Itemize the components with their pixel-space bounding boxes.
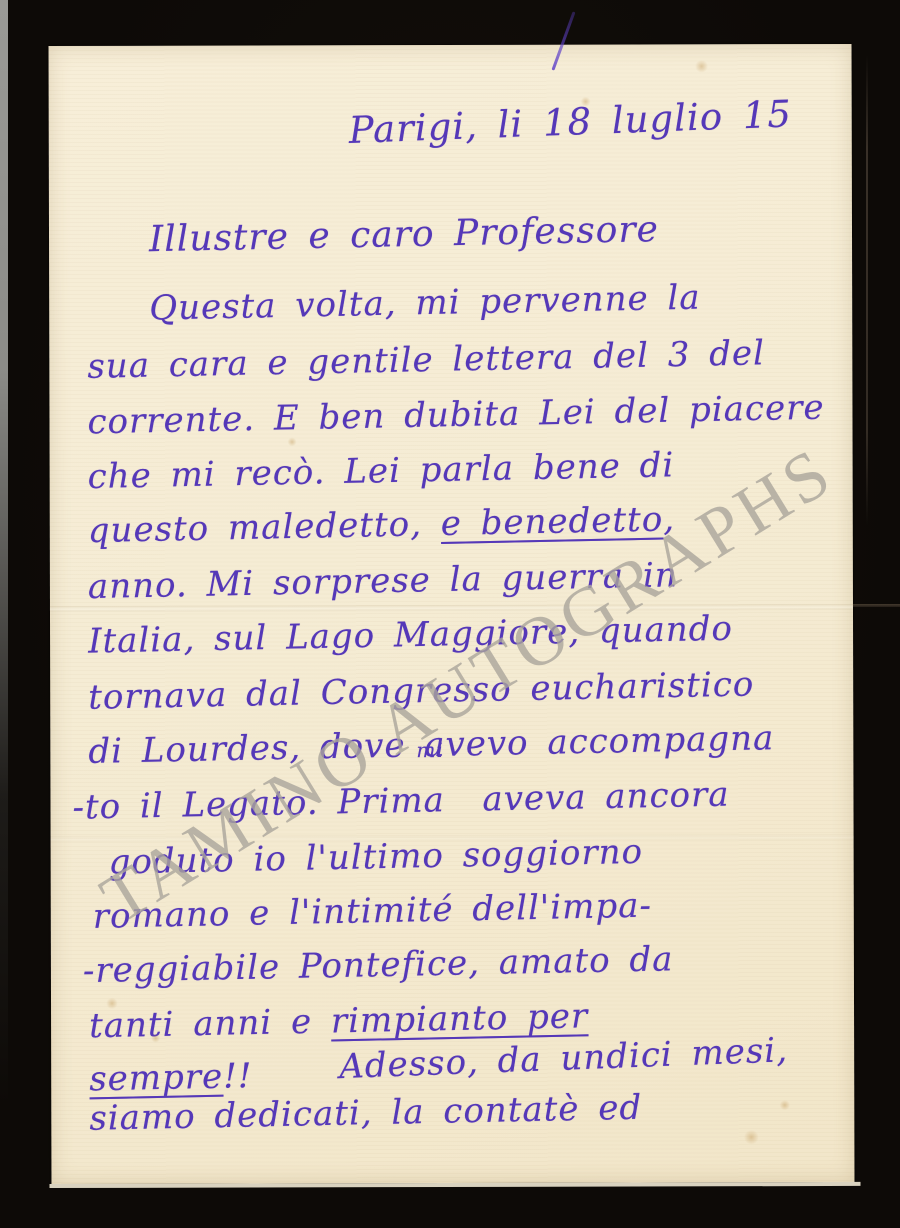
phrase: tanti anni e (89, 1001, 332, 1046)
phrase: Illustre e caro Professore (149, 209, 660, 260)
phrase: sua cara e gentile lettera del 3 del (87, 333, 765, 387)
date-line: Parigi, li 18 luglio 15 (348, 94, 792, 151)
scanned-letter-photo: Parigi, li 18 luglio 15Illustre e caro P… (0, 0, 900, 1228)
phrase: corrente. E ben dubita Lei del piacere (87, 388, 825, 443)
phrase: !! (223, 1056, 253, 1097)
phrase: che mi recò. Lei parla bene di (87, 445, 674, 497)
body-line: romano e l'intimité dell'impa- (92, 888, 652, 937)
body-line: Adesso, da undici mesi, (339, 1032, 789, 1086)
phrase: , (663, 499, 676, 539)
body-line: tornava dal Congresso eucharistico (88, 666, 755, 717)
underlined-phrase: e benedetto (440, 500, 663, 544)
underlined-phrase: sempre (89, 1057, 224, 1100)
phrase: mi (416, 738, 443, 762)
body-line: questo maledetto, e benedetto, (87, 501, 675, 550)
body-line: corrente. E ben dubita Lei del piacere (87, 390, 825, 442)
salutation: Illustre e caro Professore (149, 210, 660, 260)
phrase: Italia, sul Lago Maggiore, quando (88, 609, 734, 662)
body-line: siamo dedicati, la contatè ed (89, 1090, 643, 1138)
body-line: -reggiabile Pontefice, amato da (83, 941, 674, 990)
phrase: goduto io l'ultimo soggiorno (108, 832, 643, 883)
underlined-phrase: rimpianto per (331, 996, 589, 1041)
phrase: -to il Legato. Prima aveva ancora (72, 775, 730, 828)
phrase: anno. Mi sorprese la guerra in (88, 555, 679, 607)
body-line: -to il Legato. Prima aveva ancora (72, 777, 730, 828)
photo-left-edge-strip (0, 0, 8, 1228)
fold-crease-on-mat (853, 604, 900, 607)
body-line: che mi recò. Lei parla bene di (87, 447, 674, 496)
phrase: -reggiabile Pontefice, amato da (83, 939, 674, 991)
phrase: Parigi, li 18 luglio 15 (348, 92, 793, 152)
body-line: sempre!! (89, 1058, 253, 1099)
superscript-note: mi (416, 739, 443, 761)
phrase: questo maledetto, (87, 504, 441, 551)
letter-paper: Parigi, li 18 luglio 15Illustre e caro P… (49, 44, 855, 1184)
body-line: anno. Mi sorprese la guerra in (88, 557, 678, 606)
mat-vertical-fold-line (866, 55, 868, 525)
body-line: Italia, sul Lago Maggiore, quando (88, 611, 734, 661)
handwriting-layer: Parigi, li 18 luglio 15Illustre e caro P… (49, 44, 855, 1184)
phrase: romano e l'intimité dell'impa- (92, 886, 652, 937)
body-line: goduto io l'ultimo soggiorno (108, 834, 643, 882)
body-line: Questa volta, mi pervenne la (149, 280, 701, 328)
body-line: tanti anni e rimpianto per (89, 998, 589, 1045)
body-line: sua cara e gentile lettera del 3 del (87, 335, 765, 386)
phrase: tornava dal Congresso eucharistico (88, 664, 755, 717)
phrase: Questa volta, mi pervenne la (149, 278, 701, 329)
